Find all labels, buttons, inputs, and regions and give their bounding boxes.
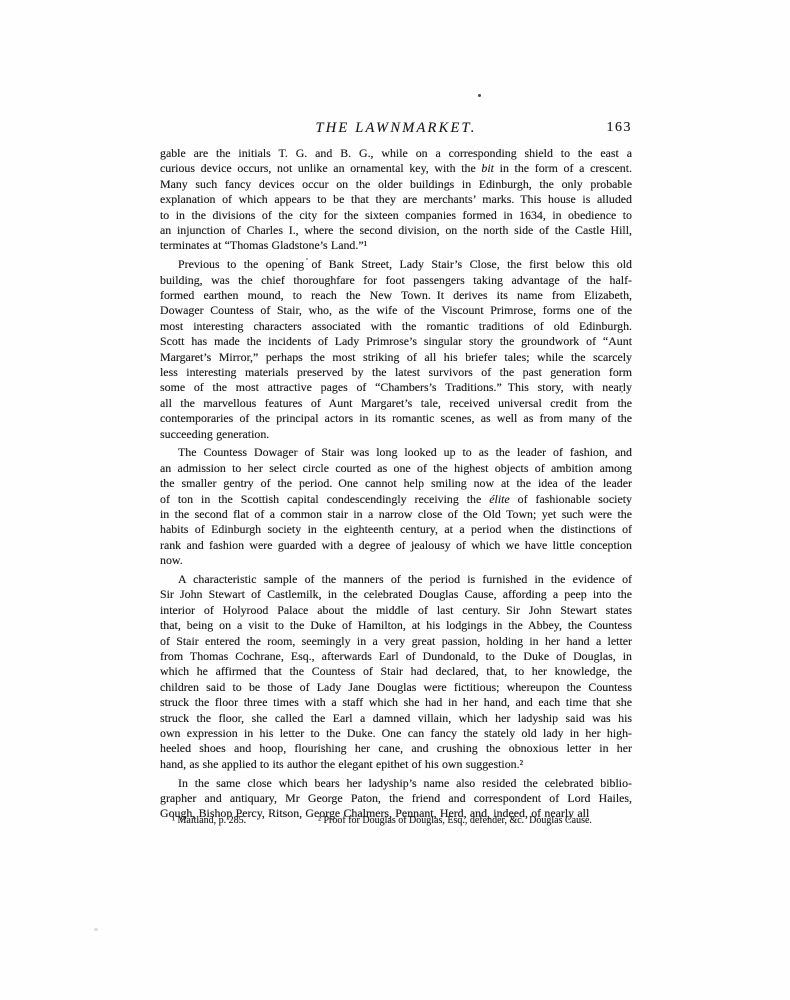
text-line: an injunction of Charles I., where the s… (160, 223, 632, 238)
footnote-1: ¹ Maitland, p. 285. (172, 815, 246, 826)
text-line: hand, as she applied to its author the e… (160, 757, 632, 772)
text-line: some of the most attractive pages of “Ch… (160, 380, 632, 395)
text-line: Dowager Countess of Stair, who, as the w… (160, 303, 632, 318)
scan-speck (94, 928, 98, 931)
running-title: THE LAWNMARKET. (315, 120, 476, 136)
text-line: struck the floor, she called the Earl a … (160, 711, 632, 726)
text-line: Scott has made the incidents of Lady Pri… (160, 334, 632, 349)
text-line: of ton in the Scottish capital condescen… (160, 492, 632, 507)
text-line: rank and fashion were guarded with a deg… (160, 538, 632, 553)
scan-speck (621, 391, 623, 393)
text-line: succeeding generation. (160, 427, 632, 442)
page-number: 163 (607, 120, 633, 136)
text-line: heeled shoes and hoop, flourishing her c… (160, 741, 632, 756)
text-line: from Thomas Cochrane, Esq., afterwards E… (160, 649, 632, 664)
text-line: contemporaries of the principal actors i… (160, 411, 632, 426)
paragraph: The Countess Dowager of Stair was long l… (160, 445, 632, 568)
page-header: THE LAWNMARKET. 163 (160, 120, 632, 137)
text-line: interior of Holyrood Palace about the mi… (160, 603, 632, 618)
paragraph: gable are the initials T. G. and B. G., … (160, 146, 632, 254)
footnotes: ¹ Maitland, p. 285. ² Proof for Douglas … (160, 815, 632, 829)
text-line: gable are the initials T. G. and B. G., … (160, 146, 632, 161)
text-line: own expression in his letter to the Duke… (160, 726, 632, 741)
text-line: Many such fancy devices occur on the old… (160, 177, 632, 192)
footnote-2: ² Proof for Douglas of Douglas, Esq., de… (318, 815, 592, 826)
text-line: terminates at “Thomas Gladstone’s Land.”… (160, 238, 632, 253)
text-line: habits of Edinburgh society in the eight… (160, 522, 632, 537)
text-line: formed earthen mound, to reach the New T… (160, 288, 632, 303)
text-line: A characteristic sample of the manners o… (160, 572, 632, 587)
text-line: to in the divisions of the city for the … (160, 208, 632, 223)
text-line: the smaller gentry of the period. One ca… (160, 476, 632, 491)
text-line: building, was the chief thoroughfare for… (160, 273, 632, 288)
paragraph: Previous to the opening of Bank Street, … (160, 257, 632, 442)
text-line: which he affirmed that the Countess of S… (160, 664, 632, 679)
text-line: In the same close which bears her ladysh… (160, 776, 632, 791)
text-line: in the second flat of a common stair in … (160, 507, 632, 522)
book-page: THE LAWNMARKET. 163 gable are the initia… (0, 0, 790, 1000)
text-line: most interesting characters associated w… (160, 319, 632, 334)
text-line: grapher and antiquary, Mr George Paton, … (160, 791, 632, 806)
text-line: struck the floor three times with a staf… (160, 695, 632, 710)
text-line: Sir John Stewart of Castlemilk, in the c… (160, 587, 632, 602)
text-line: children said to be those of Lady Jane D… (160, 680, 632, 695)
text-line: The Countess Dowager of Stair was long l… (160, 445, 632, 460)
text-line: all the marvellous features of Aunt Marg… (160, 396, 632, 411)
text-line: less interesting materials preserved by … (160, 365, 632, 380)
text-line: Previous to the opening of Bank Street, … (160, 257, 632, 272)
scan-speck (478, 94, 481, 97)
text-line: explanation of which appears to be that … (160, 192, 632, 207)
text-line: of Stair entered the room, seemingly in … (160, 634, 632, 649)
text-line: curious device occurs, not unlike an orn… (160, 161, 632, 176)
text-line: an admission to her select circle courte… (160, 461, 632, 476)
text-line: now. (160, 553, 632, 568)
text-line: Margaret’s Mirror,” perhaps the most str… (160, 350, 632, 365)
text-line: that, being on a visit to the Duke of Ha… (160, 618, 632, 633)
paragraph: A characteristic sample of the manners o… (160, 572, 632, 772)
body-text: gable are the initials T. G. and B. G., … (160, 146, 632, 822)
scan-speck (306, 258, 308, 260)
